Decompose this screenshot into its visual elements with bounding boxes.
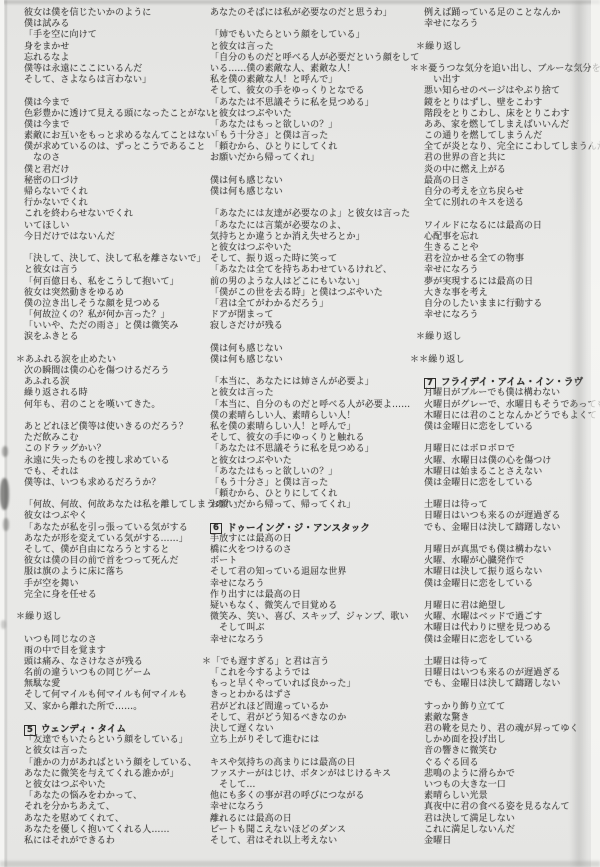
lyric-line: 帰らないでくれ bbox=[24, 187, 214, 198]
lyric-line: 気持ちとか違うとか消え失せろとか」 bbox=[210, 232, 415, 243]
lyric-line: 「あなたは全てを持ちあわせているけれど、 bbox=[210, 265, 415, 276]
lyric-line: ただ飲みこむ bbox=[24, 433, 214, 444]
lyric-line: お願いだから帰って、帰ってくれ」 bbox=[210, 500, 415, 511]
lyric-line: これを終わらせないでくれ bbox=[24, 209, 214, 220]
song-title-heading: 6ドゥーイング・ジ・アンスタック bbox=[210, 523, 415, 534]
lyric-line: 「頼むから、ひとりにしてくれ bbox=[210, 489, 415, 500]
lyric-line: あとどれほど僕等は使いきるのだろう？ bbox=[24, 422, 214, 433]
blank-line bbox=[24, 86, 214, 97]
lyric-line: 僕は何も感じない bbox=[210, 344, 415, 355]
lyric-line: 永遠に失ったものを捜し求めている bbox=[24, 456, 214, 467]
lyric-line: 頭は痛み、なさけなさが残る bbox=[24, 657, 214, 668]
lyric-line: 疑いもなく、微笑んで目覚める bbox=[210, 601, 415, 612]
lyric-line: 「友達でもいたらという顔をしている」 bbox=[24, 735, 214, 746]
lyric-line: と彼女は言った bbox=[210, 388, 415, 399]
lyric-line: ＊繰り返し bbox=[24, 612, 214, 623]
lyric-line: そして叫ぶ bbox=[210, 623, 415, 634]
scan-edge-right bbox=[591, 0, 600, 867]
lyric-line: と彼女はつぶやいた bbox=[210, 456, 415, 467]
lyric-line: 「手を空に向けて bbox=[24, 30, 214, 41]
lyric-line: 「あなたはもっと欲しいの？」 bbox=[210, 120, 415, 131]
lyric-line: 僕の素晴らしい人、素晴らしい人！ bbox=[210, 411, 415, 422]
lyric-line: 服は旗のように床に落ち bbox=[24, 567, 214, 578]
lyric-line: 行かないでくれ bbox=[24, 198, 214, 209]
lyric-line: 秘密の口づけ bbox=[24, 176, 214, 187]
lyric-line: お願いだから帰ってくれ」 bbox=[210, 153, 415, 164]
lyric-line: 僕等は永遠にここにいるんだ bbox=[24, 64, 214, 75]
lyric-line: 私にはそれができるわ bbox=[24, 836, 214, 847]
lyric-line: 「本当に、自分のものだと呼べる人が必要よ…… bbox=[210, 400, 415, 411]
track-number-badge: 5 bbox=[24, 725, 36, 736]
lyric-line: キスや気持ちの高まりには最高の日 bbox=[210, 758, 415, 769]
song-title-heading: 5ウェンディ・タイム bbox=[24, 724, 214, 735]
lyric-line: と彼女は言った bbox=[210, 42, 415, 53]
lyric-line: 幸せになろう bbox=[210, 635, 415, 646]
lyric-line: 「もう十分さ」と僕は言った bbox=[210, 131, 415, 142]
lyric-line: 僕等は、いつも求めるだろうか？ bbox=[24, 478, 214, 489]
lyric-line: 今日だけではないんだ bbox=[24, 232, 214, 243]
blank-line bbox=[210, 511, 415, 522]
blank-line bbox=[210, 332, 415, 343]
blank-line bbox=[24, 489, 214, 500]
lyric-line: そして何マイルも何マイルも何マイルも bbox=[24, 690, 214, 701]
lyric-line: ビートも聞こえないほどのダンス bbox=[210, 825, 415, 836]
lyric-line: あふれる涙 bbox=[24, 377, 214, 388]
lyric-line: 彼女は僕を信じたいかのように bbox=[24, 8, 214, 19]
blank-line bbox=[210, 165, 415, 176]
lyric-line: 幸せになろう bbox=[210, 579, 415, 590]
lyric-line: 彼女は突然動きをゆるめ bbox=[24, 288, 214, 299]
blank-line bbox=[24, 243, 214, 254]
lyric-line: 「あなたは不思議そうに私を見つめる」 bbox=[210, 444, 415, 455]
lyric-line: 「あなたには言葉が必要なのよ、 bbox=[210, 221, 415, 232]
blank-line bbox=[24, 411, 214, 422]
lyric-line: 僕は試みる bbox=[24, 19, 214, 30]
lyric-line: 素敵にお互いをもっと求めるなんてことはない bbox=[24, 131, 214, 142]
lyric-line: 何年も、君のことを嘆いてきた。 bbox=[24, 400, 214, 411]
lyric-line: ファスナーがはじけ、ボタンがはじけるキス bbox=[210, 769, 415, 780]
lyric-line: 「君は全てがわかるだろう」 bbox=[210, 299, 415, 310]
lyric-line: 橋に火をつけるのさ bbox=[210, 545, 415, 556]
lyric-line: なのさ bbox=[24, 153, 214, 164]
lyric-line: ボート bbox=[210, 556, 415, 567]
lyric-line: 又、家から離れた所で……。 bbox=[24, 702, 214, 713]
lyric-line: そして、君はそれ以上考えない bbox=[210, 836, 415, 847]
lyric-line: 手が空を舞い bbox=[24, 579, 214, 590]
lyrics-column-left: 彼女は僕を信じたいかのように僕は試みる「手を空に向けて身をまかせ忘れるなよ僕等は… bbox=[24, 8, 214, 847]
lyric-line: 涙をふきとる bbox=[24, 332, 214, 343]
lyric-line: 「頼むから、ひとりにしてくれ bbox=[210, 142, 415, 153]
scan-seam-left bbox=[5, 0, 7, 867]
lyric-line: そして、振り返った時に笑って bbox=[210, 254, 415, 265]
lyric-line: 無駄な愛 bbox=[24, 679, 214, 690]
lyric-line: ドアが閉まって bbox=[210, 310, 415, 321]
scan-smudge bbox=[0, 478, 9, 510]
lyric-line: 名前の違ういつもの同じゲーム bbox=[24, 668, 214, 679]
lyric-line: あなたに微笑を与えてくれる誰かが」 bbox=[24, 769, 214, 780]
lyric-line: 作り出すには最高の日 bbox=[210, 590, 415, 601]
lyric-line: でも、それは bbox=[24, 467, 214, 478]
lyric-line: 次の瞬間は僕の心を傷つけるだろう bbox=[24, 366, 214, 377]
lyric-line: 「何故泣くの？私が何か言った？」 bbox=[24, 310, 214, 321]
song-title-text: ドゥーイング・ジ・アンスタック bbox=[227, 523, 370, 534]
lyric-line: そして、僕が自由になろうとすると bbox=[24, 545, 214, 556]
lyric-line: 「決して、決して、決して私を離さないで」 bbox=[24, 254, 214, 265]
lyric-line: 僕が求めているのは、ずっとこうであること bbox=[24, 142, 214, 153]
blank-line bbox=[24, 623, 214, 634]
lyric-line: 色彩豊かに透けて見える頭になったことがない bbox=[24, 109, 214, 120]
lyric-line: 他にも多くの事が君の呼びにつながる bbox=[210, 791, 415, 802]
lyric-line: 「いいや、ただの雨さ」と僕は微笑み bbox=[24, 321, 214, 332]
lyrics-column-middle: あなたのそばには私が必要なのだと思うわ」「姉でもいたらという顔をしている」と彼女… bbox=[210, 8, 415, 847]
lyric-line: このドラッグかい？ bbox=[24, 444, 214, 455]
lyric-line: あなたを優しく抱いてくれる人…… bbox=[24, 825, 214, 836]
lyric-line: そして… bbox=[210, 780, 415, 791]
lyric-line: 幸せになろう bbox=[210, 802, 415, 813]
song-title-text: ウェンディ・タイム bbox=[41, 724, 126, 735]
blank-line bbox=[210, 19, 415, 30]
lyric-line: 「あなたの悩みをわかって、 bbox=[24, 791, 214, 802]
lyric-line: 僕は何も感じない bbox=[210, 187, 415, 198]
lyric-line: いつも同じなのさ bbox=[24, 635, 214, 646]
lyric-line: あなたのそばには私が必要なのだと思うわ」 bbox=[210, 8, 415, 19]
lyric-line: と彼女はつぶやいた bbox=[24, 780, 214, 791]
lyric-line: きっとわかるはずさ bbox=[210, 690, 415, 701]
scanned-lyrics-page: 彼女は僕を信じたいかのように僕は試みる「手を空に向けて身をまかせ忘れるなよ僕等は… bbox=[0, 0, 600, 867]
lyric-line: 微笑み、笑い、喜び、スキップ、ジャンプ、歌い bbox=[210, 612, 415, 623]
lyric-line: 私を僕の素晴らしい人！と呼んで」 bbox=[210, 422, 415, 433]
lyric-line: 「誰かの力があればという顔をしている、 bbox=[24, 758, 214, 769]
lyric-line: 忘れるなよ bbox=[24, 53, 214, 64]
blank-line bbox=[210, 198, 415, 209]
lyric-line: いてほしい bbox=[24, 221, 214, 232]
blank-line bbox=[24, 601, 214, 612]
lyric-line: 雨の中で目を覚ます bbox=[24, 646, 214, 657]
lyric-line: と彼女は言った bbox=[24, 746, 214, 757]
lyric-line: 「姉でもいたらという顔をしている」 bbox=[210, 30, 415, 41]
lyric-line: 僕は今まで bbox=[24, 98, 214, 109]
lyric-line: そして、さよならは言わない」 bbox=[24, 75, 214, 86]
lyric-line: 「あなたが私を引っ張っている気がする bbox=[24, 523, 214, 534]
lyric-line: 離れるには最高の日 bbox=[210, 814, 415, 825]
lyric-line: 立ち上がりそして進むには bbox=[210, 735, 415, 746]
lyric-line: 「あなたには友達が必要なのよ」と彼女は言った bbox=[210, 209, 415, 220]
lyric-line: もっと早くやっていれば良かった」 bbox=[210, 679, 415, 690]
lyric-line: 寂しさだけが残る bbox=[210, 321, 415, 332]
lyric-line: そして、彼女の手をゆっくりとなでる bbox=[210, 86, 415, 97]
lyric-line: 「本当に、あなたには姉さんが必要よ」 bbox=[210, 377, 415, 388]
lyric-line: そして、彼女の手にゆっくりと触れる bbox=[210, 433, 415, 444]
scan-smudge bbox=[1, 620, 6, 629]
scan-crease-right bbox=[570, 0, 588, 867]
lyric-line: 「あなたは不思議そうに私を見つめる」 bbox=[210, 98, 415, 109]
lyric-line: 彼女はつぶやく bbox=[24, 511, 214, 522]
blank-line bbox=[24, 344, 214, 355]
lyric-line: 前の男のような人はどこにもいない」 bbox=[210, 277, 415, 288]
song-title-text: フライデイ・アイム・イン・ラヴ bbox=[441, 377, 583, 388]
lyric-line: 「何故、何故、何故あなたは私を離してしまうの？」 bbox=[24, 500, 214, 511]
lyric-line: あなたを慰めてくれて、 bbox=[24, 814, 214, 825]
lyric-line: 身をまかせ bbox=[24, 42, 214, 53]
lyric-line: ＊あふれる涙を止めたい bbox=[24, 355, 214, 366]
lyric-line: 彼女は僕の目の前で首をつって死んだ bbox=[24, 556, 214, 567]
lyric-line: 僕と君だけ bbox=[24, 165, 214, 176]
lyric-line: それを分かちあえて、 bbox=[24, 802, 214, 813]
blank-line bbox=[210, 646, 415, 657]
lyric-line: 「あなたはもっと欲しいの？」 bbox=[210, 467, 415, 478]
lyric-line: 僕は何も感じない bbox=[210, 176, 415, 187]
lyric-line: と彼女はつぶやいた bbox=[210, 109, 415, 120]
lyric-line: と彼女は言う bbox=[24, 265, 214, 276]
lyric-line: 手放すには最高の日 bbox=[210, 534, 415, 545]
scan-edge-left bbox=[0, 0, 4, 867]
lyric-line: 君がどれほど間違っているか bbox=[210, 702, 415, 713]
lyric-line: 僕は何も感じない bbox=[210, 355, 415, 366]
lyric-line: そして君の知っている退屈な世界 bbox=[210, 567, 415, 578]
blank-line bbox=[210, 746, 415, 757]
lyric-line: いる……僕の素敵な人、素敵な人！ bbox=[210, 64, 415, 75]
lyric-line: 「僕がこの世を去る時」と僕はつぶやいた bbox=[210, 288, 415, 299]
blank-line bbox=[24, 713, 214, 724]
scan-edge-top bbox=[0, 0, 600, 4]
track-number-badge: 6 bbox=[210, 523, 222, 534]
scan-smudge bbox=[3, 518, 9, 531]
lyric-line: 完全に身を任せる bbox=[24, 590, 214, 601]
scan-edge-bottom bbox=[0, 861, 600, 867]
lyric-line: 「もう十分さ」と僕は言った bbox=[210, 478, 415, 489]
scan-smudge bbox=[2, 446, 8, 457]
lyric-line: 「何百億日も、私をこうして抱いて」 bbox=[24, 277, 214, 288]
lyric-line: 「自分のものだと呼べる人が必要だという顔をして bbox=[210, 53, 415, 64]
lyric-line: 繰り返される時 bbox=[24, 388, 214, 399]
lyric-line: 僕は今まで bbox=[24, 120, 214, 131]
lyric-line: ＊「でも遅すぎる」と君は言う bbox=[210, 657, 415, 668]
lyric-line: そして、君がどう知るべきなのか bbox=[210, 713, 415, 724]
lyric-line: 「これを今するようでは bbox=[210, 668, 415, 679]
lyric-line: 僕の泣き出しそうな顔を見つめる bbox=[24, 299, 214, 310]
lyric-line: 私を僕の素敵な人！と呼んで」 bbox=[210, 75, 415, 86]
lyric-line: あなたが形を変えている気がする……」 bbox=[24, 534, 214, 545]
blank-line bbox=[210, 366, 415, 377]
lyric-line: 決して遅くない bbox=[210, 724, 415, 735]
lyric-line: と彼女はつぶやいた bbox=[210, 243, 415, 254]
